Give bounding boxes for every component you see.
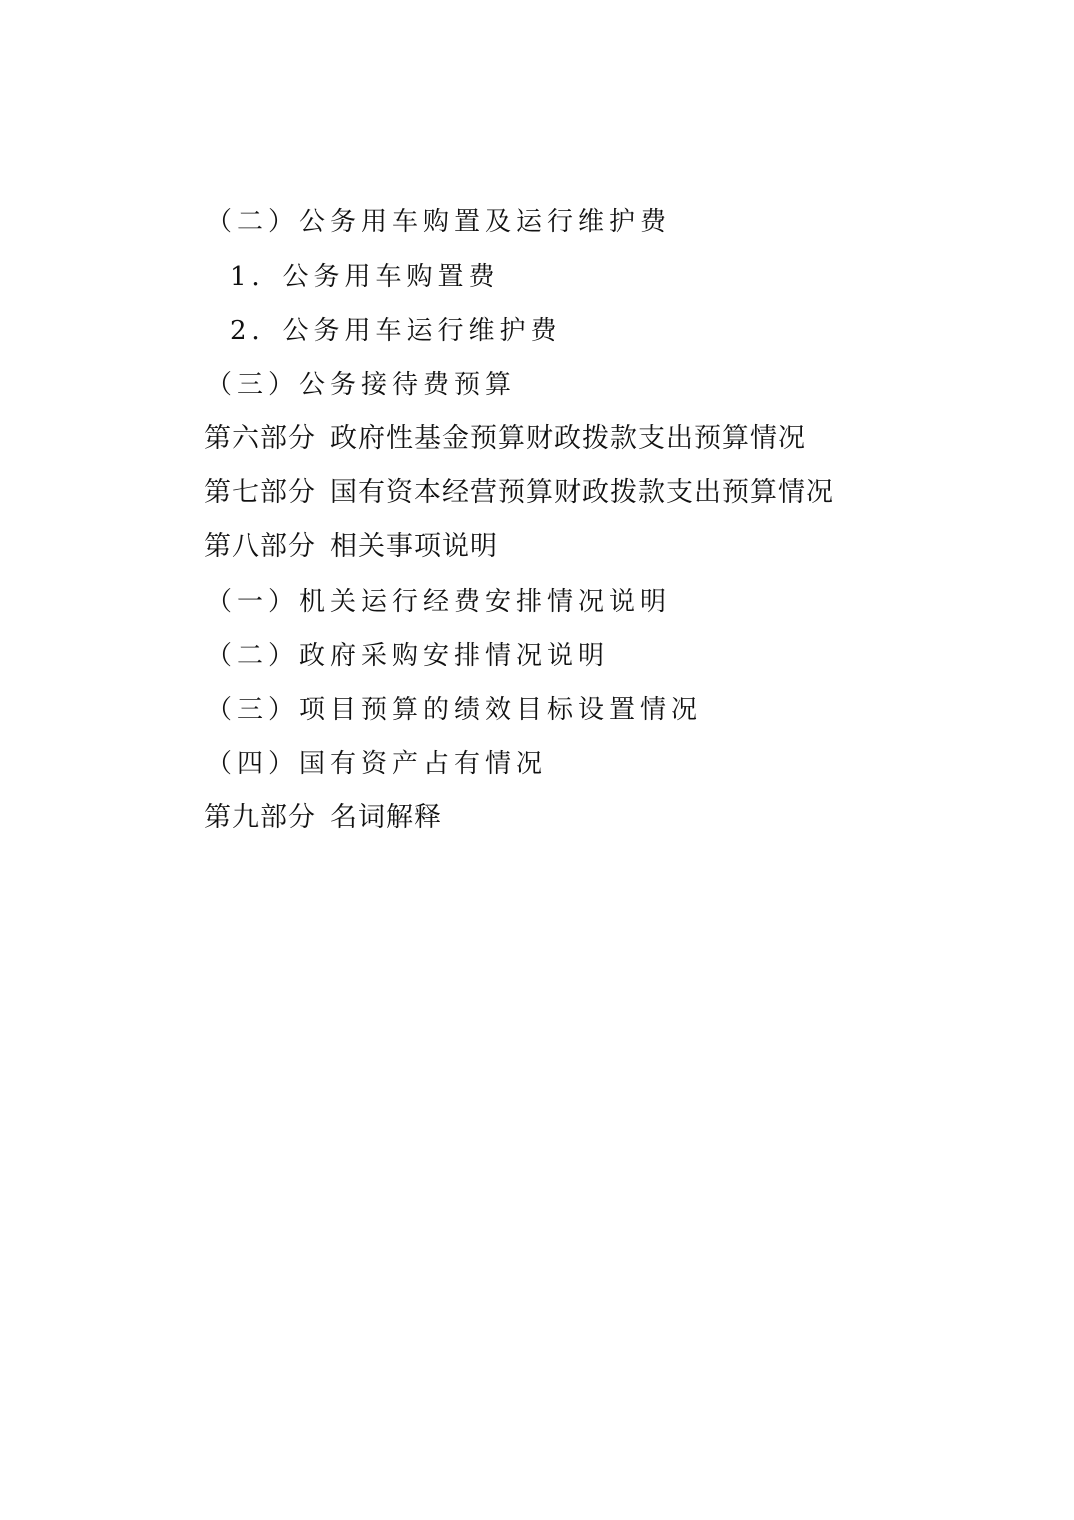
part-label: 第九部分 xyxy=(204,802,316,833)
toc-part-six: 第六部分政府性基金预算财政拨款支出预算情况 xyxy=(204,419,806,459)
part-title: 相关事项说明 xyxy=(330,531,498,562)
part-label: 第七部分 xyxy=(204,477,316,508)
toc-part-nine: 第九部分名词解释 xyxy=(204,798,442,838)
toc-entry-vehicle-purchase: 1．公务用车购置费 xyxy=(230,257,500,297)
toc-part-seven: 第七部分国有资本经营预算财政拨款支出预算情况 xyxy=(204,473,834,513)
toc-entry-vehicle-costs: （二）公务用车购置及运行维护费 xyxy=(206,202,671,242)
part-label: 第六部分 xyxy=(204,423,316,454)
part-title: 名词解释 xyxy=(330,802,442,833)
document-page: （二）公务用车购置及运行维护费 1．公务用车购置费 2．公务用车运行维护费 （三… xyxy=(0,0,1074,1520)
toc-part-eight: 第八部分相关事项说明 xyxy=(204,527,498,567)
toc-entry-vehicle-maintenance: 2．公务用车运行维护费 xyxy=(230,311,562,351)
part-title: 国有资本经营预算财政拨款支出预算情况 xyxy=(330,477,834,508)
toc-entry-procurement: （二）政府采购安排情况说明 xyxy=(206,636,609,676)
part-title: 政府性基金预算财政拨款支出预算情况 xyxy=(330,423,806,454)
toc-entry-state-assets: （四）国有资产占有情况 xyxy=(206,744,547,784)
toc-entry-reception-budget: （三）公务接待费预算 xyxy=(206,365,516,405)
toc-entry-performance-goals: （三）项目预算的绩效目标设置情况 xyxy=(206,690,702,730)
toc-entry-operating-costs: （一）机关运行经费安排情况说明 xyxy=(206,582,671,622)
part-label: 第八部分 xyxy=(204,531,316,562)
